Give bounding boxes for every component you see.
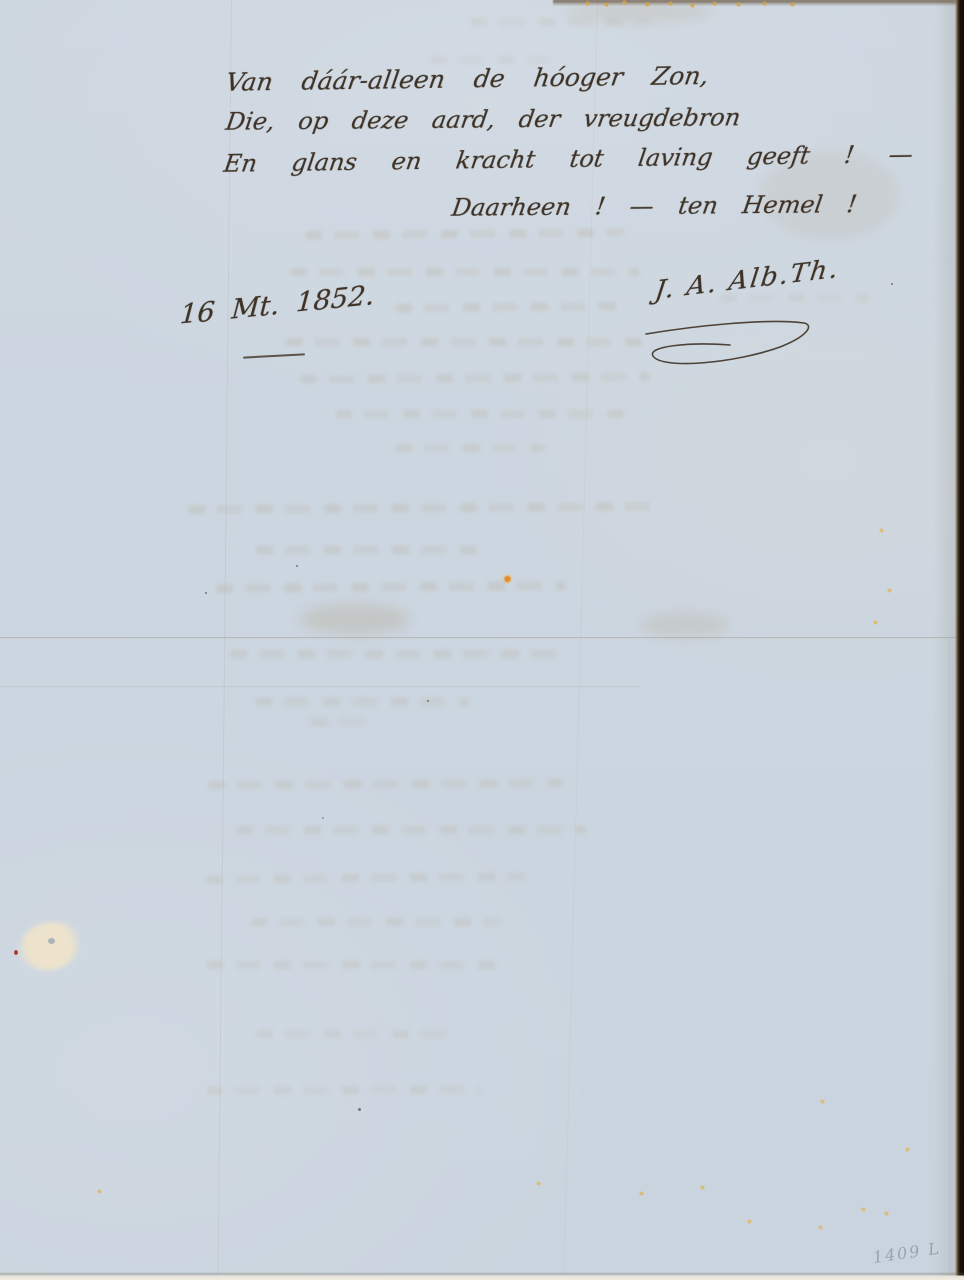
bleed-through-line — [206, 1085, 481, 1095]
fox-spot — [873, 620, 878, 625]
stain-smudge — [300, 604, 410, 634]
bleed-through-line — [300, 373, 650, 383]
poem-line-1: Van dáár-alleen de hóoger Zon, — [224, 61, 711, 97]
stain-speck-gray — [48, 938, 55, 944]
fox-spot — [818, 1225, 823, 1230]
fox-spot — [700, 1185, 705, 1190]
fox-spot — [736, 2, 741, 7]
archive-number-note: 1409 L — [872, 1239, 942, 1267]
fox-spot — [884, 1211, 889, 1216]
bleed-through-line — [236, 826, 586, 834]
bleed-through-line — [206, 873, 526, 884]
fox-spot — [536, 1181, 541, 1186]
fox-spot — [905, 1147, 910, 1152]
bleed-through-line — [395, 302, 630, 312]
ink-speck — [891, 283, 893, 285]
bleed-through-line — [250, 918, 502, 926]
fox-spot — [585, 1, 590, 6]
fox-spot — [645, 2, 650, 7]
bleed-through-line — [335, 410, 625, 418]
right-edge-shadow — [933, 0, 954, 1280]
fox-spot — [639, 1191, 644, 1196]
date-underline — [243, 353, 305, 358]
fox-spot — [762, 1, 767, 6]
fold-crease-horizontal-secondary — [0, 686, 640, 688]
bleed-through-line — [256, 546, 484, 554]
fox-spot — [747, 1219, 752, 1224]
fox-spot — [887, 588, 892, 593]
fold-crease-horizontal — [0, 637, 964, 639]
bleed-through-line — [208, 779, 563, 789]
fox-spot — [879, 528, 884, 533]
stain-orange-dot — [502, 574, 513, 584]
bleed-through-line — [256, 1030, 452, 1038]
bleed-through-line — [188, 502, 658, 513]
fox-spot — [604, 2, 609, 7]
letter-scan-page: Van dáár-alleen de hóoger Zon, Die, op d… — [0, 0, 964, 1280]
fox-spot — [97, 1189, 102, 1194]
fox-spot — [820, 1099, 825, 1104]
stain-blotch — [18, 922, 80, 970]
bleed-through-line — [290, 268, 640, 276]
bleed-through-line — [395, 444, 545, 452]
date-note: 16 Mt. 1852. — [179, 280, 376, 331]
bleed-through-line — [216, 581, 566, 592]
poem-line-4: Daarheen ! — ten Hemel ! — [450, 190, 859, 222]
fox-spot — [861, 1207, 866, 1212]
fox-spot — [622, 0, 627, 5]
bleed-through-line — [285, 338, 645, 346]
fox-spot — [690, 3, 695, 8]
bleed-through-line — [305, 229, 625, 240]
fox-spot — [790, 2, 795, 7]
fox-spot — [668, 1, 673, 6]
paper-edge-bottom — [0, 1272, 964, 1280]
stain-smudge — [640, 612, 730, 638]
ink-speck — [427, 700, 429, 702]
fox-spot — [712, 1, 717, 6]
poem-line-2: Die, op deze aard, der vreugdebron — [224, 104, 742, 136]
ink-speck — [296, 565, 298, 567]
paper-edge-right — [954, 0, 964, 1280]
ink-speck-teal — [322, 817, 324, 819]
stain-speck-red — [14, 950, 18, 955]
bleed-through-line — [206, 961, 506, 969]
bleed-through-line — [230, 650, 570, 658]
ink-speck — [358, 1108, 361, 1111]
bleed-through-line — [255, 698, 470, 706]
signature-flourish — [632, 300, 822, 385]
ink-speck — [205, 592, 207, 594]
bleed-through-line — [310, 718, 370, 726]
